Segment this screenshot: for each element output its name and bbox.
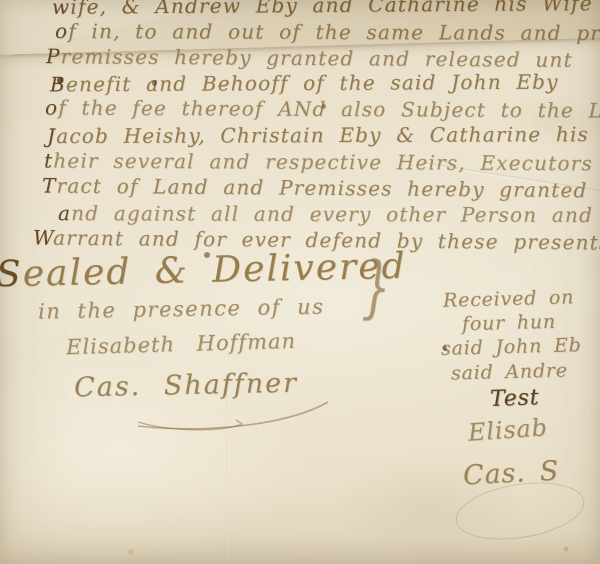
ink-blot	[204, 252, 210, 258]
manuscript-line: their several and respective Heirs, Exec…	[44, 148, 600, 175]
receipt-line: Received on	[443, 286, 575, 311]
manuscript-line: of in, to and out of the same Lands and …	[55, 19, 600, 45]
receipt-line: said Andre	[451, 359, 568, 384]
manuscript-line: Jacob Heishy, Christain Eby & Catharine …	[47, 122, 600, 148]
ink-blot	[443, 345, 447, 351]
ink-blot	[152, 80, 157, 86]
signature-flourish	[60, 398, 390, 442]
ink-blot	[322, 104, 326, 109]
receipt-signature: Elisab	[467, 413, 548, 446]
fold-crease-vertical	[226, 372, 228, 564]
manuscript-line: Tract of Land and Premisses hereby grant…	[42, 173, 600, 202]
manuscript-line: Premisses hereby granted and released un…	[46, 44, 573, 72]
receipt-line: said John Eb	[441, 334, 582, 360]
brace-mark: }	[361, 247, 391, 328]
witness-signature: Cas. Shaffner	[74, 368, 299, 404]
manuscript-line: and against all and every other Person a…	[58, 201, 593, 227]
manuscript-line: of the fee thereof ANd also Subject to t…	[45, 95, 600, 122]
test-attestation-word: Test	[490, 385, 540, 412]
ink-blot	[57, 77, 63, 84]
manuscript-line: Benefit and Behooff of the said John Eby	[50, 70, 559, 97]
witness-signature: Elisabeth Hoffman	[66, 329, 297, 359]
manuscript-page: wife, & Andrew Eby and Catharine his Wif…	[0, 0, 600, 564]
receipt-line: four hun	[462, 311, 556, 335]
presence-line: in the presence of us	[38, 295, 325, 324]
